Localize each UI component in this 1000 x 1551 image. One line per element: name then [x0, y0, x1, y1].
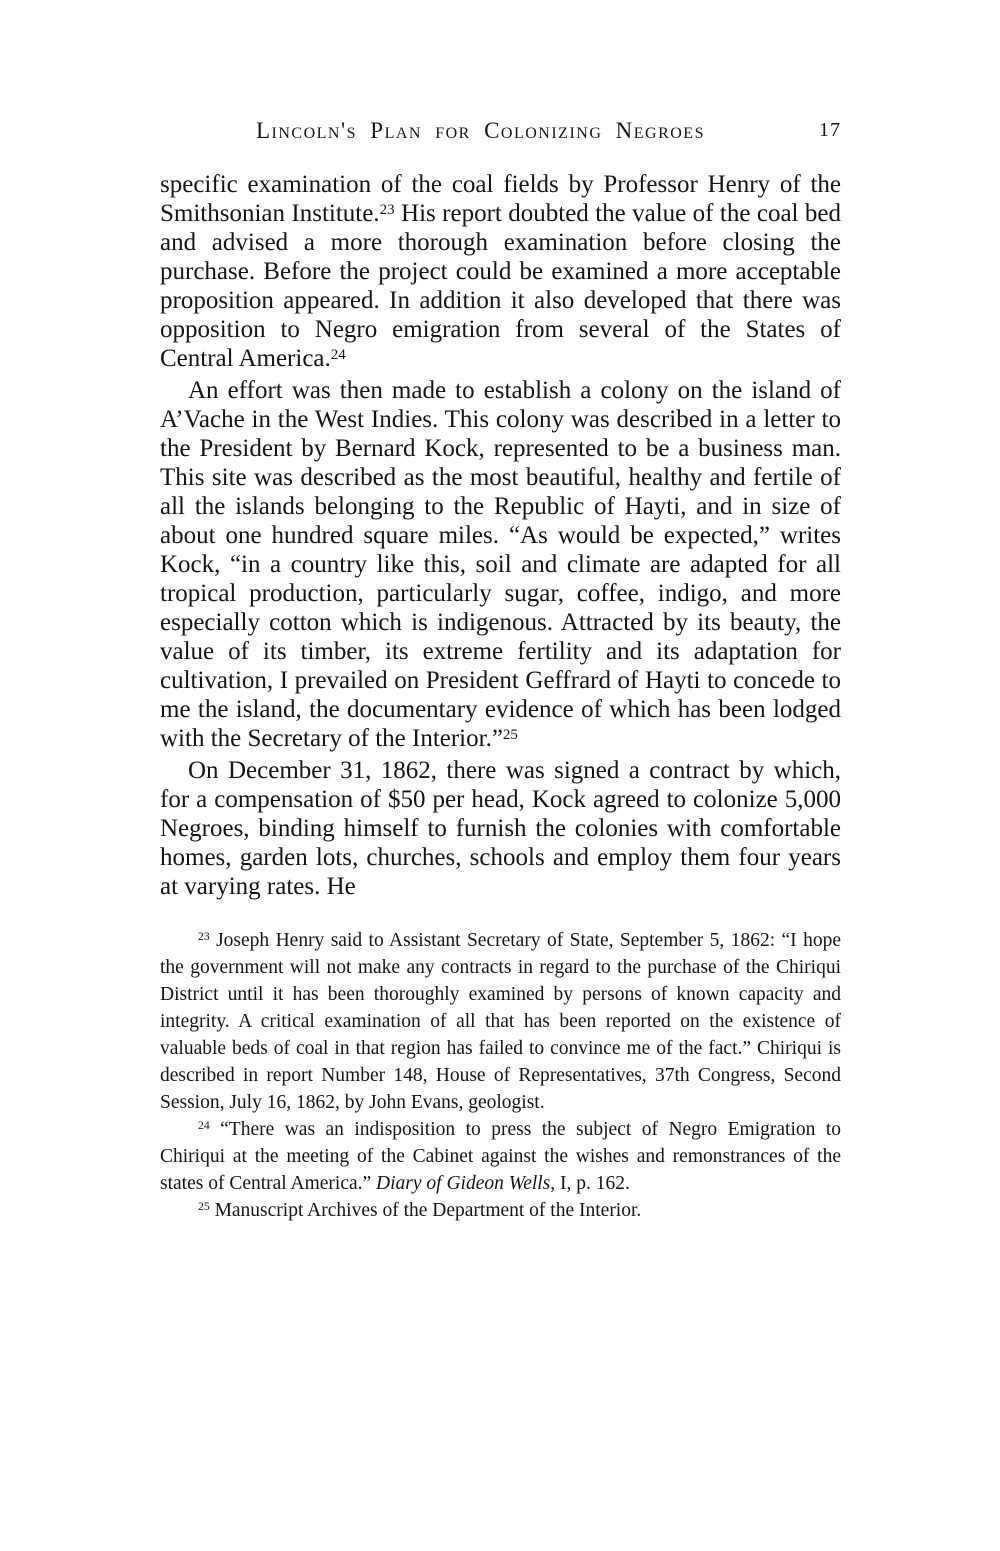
- body-text: specific examination of the coal fields …: [160, 170, 841, 901]
- footnote: 24 “There was an indisposition to press …: [160, 1116, 841, 1197]
- footnote-marker: 24: [198, 1119, 210, 1132]
- footnote-marker: 25: [503, 727, 518, 743]
- paragraph: On December 31, 1862, there was signed a…: [160, 756, 841, 901]
- footnote-marker: 23: [380, 202, 395, 218]
- book-page: Lincoln's Plan for Colonizing Negroes 17…: [0, 0, 1000, 1551]
- running-head-title: Lincoln's Plan for Colonizing Negroes: [160, 118, 841, 144]
- footnote: 25 Manuscript Archives of the Department…: [160, 1197, 841, 1224]
- text-block: Lincoln's Plan for Colonizing Negroes 17…: [160, 118, 841, 1224]
- page-number: 17: [819, 119, 841, 142]
- footnote-marker: 23: [198, 930, 210, 943]
- paragraph: An effort was then made to establish a c…: [160, 376, 841, 753]
- footnotes-section: 23 Joseph Henry said to Assistant Secret…: [160, 927, 841, 1224]
- running-head: Lincoln's Plan for Colonizing Negroes 17: [160, 118, 841, 148]
- italic-citation: Diary of Gideon Wells: [376, 1173, 550, 1194]
- footnote-marker: 24: [331, 347, 346, 363]
- footnote: 23 Joseph Henry said to Assistant Secret…: [160, 927, 841, 1116]
- footnote-marker: 25: [198, 1200, 210, 1213]
- paragraph-continuation: specific examination of the coal fields …: [160, 170, 841, 373]
